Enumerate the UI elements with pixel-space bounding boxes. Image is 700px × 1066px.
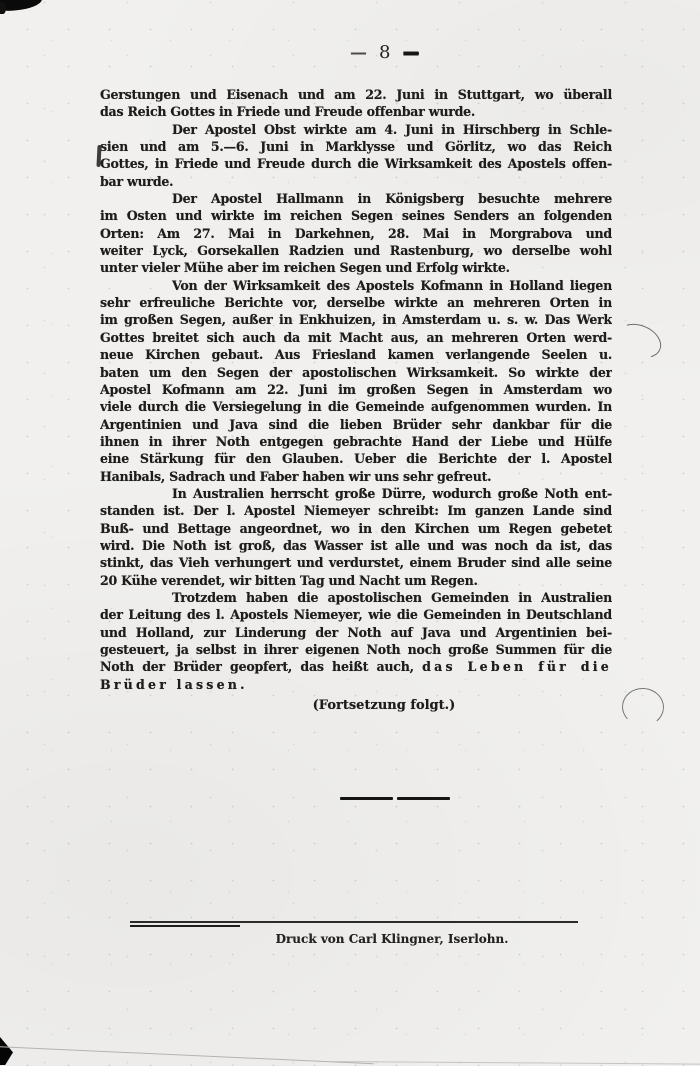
text-line: baten um den Segen der apostolischen Wir… xyxy=(100,364,612,381)
text-line: im Osten und wirkte im reichen Segen sei… xyxy=(100,207,612,224)
text-line: sehr erfreuliche Berichte vor, derselbe … xyxy=(100,294,612,311)
text-line: der Leitung des l. Apostels Niemeyer, wi… xyxy=(100,606,612,623)
text-line: bar wurde. xyxy=(100,173,612,190)
text-line: gesteuert, ja selbst in ihrer eigenen No… xyxy=(100,641,612,658)
scan-bottom-left-blot xyxy=(0,1037,13,1065)
header-dash-right: — xyxy=(402,43,419,63)
scan-corner-blot-stub xyxy=(0,2,6,14)
footer-rule-left-segment xyxy=(130,925,240,927)
page-number: 8 xyxy=(379,42,390,63)
header-dash-left: — xyxy=(350,43,367,63)
text-line: stinkt, das Vieh verhungert und verdurst… xyxy=(100,554,612,571)
text-line: Gottes breitet sich auch da mit Macht au… xyxy=(100,329,612,346)
paper-smudge-arc xyxy=(612,318,667,365)
text-line: wird. Die Noth ist groß, das Wasser ist … xyxy=(100,537,612,554)
text-line: standen ist. Der l. Apostel Niemeyer sch… xyxy=(100,502,612,519)
text-line: Apostel Kofmann am 22. Juni im großen Se… xyxy=(100,381,612,398)
text-line: Der Apostel Hallmann in Königsberg besuc… xyxy=(100,190,612,207)
continuation-note: (Fortsetzung folgt.) xyxy=(128,698,640,713)
scan-corner-blot xyxy=(0,0,43,13)
paper-smudge-ring xyxy=(621,687,666,728)
text-line: eine Stärkung für den Glauben. Ueber die… xyxy=(100,450,612,467)
text-line: neue Kirchen gebaut. Aus Friesland kamen… xyxy=(100,346,612,363)
text-line: Gerstungen und Eisenach und am 22. Juni … xyxy=(100,86,612,103)
text-line: Buß- und Bettage angeordnet, wo in den K… xyxy=(100,520,612,537)
printer-imprint: Druck von Carl Klingner, Iserlohn. xyxy=(168,932,616,946)
page-number-header: — 8 — xyxy=(350,42,419,63)
footer-rule xyxy=(130,921,578,923)
divider-segment xyxy=(340,797,393,800)
bottom-crease-line xyxy=(330,1061,700,1065)
emphasized-text: Brüder lassen. xyxy=(100,677,248,692)
text-line: Trotzdem haben die apostolischen Gemeind… xyxy=(100,589,612,606)
text-line: ihnen in ihrer Noth entgegen gebrachte H… xyxy=(100,433,612,450)
text-line: Von der Wirksamkeit des Apostels Kofmann… xyxy=(100,277,612,294)
text-line: Gottes, in Friede und Freude durch die W… xyxy=(100,155,612,172)
text-line: das Reich Gottes in Friede und Freude of… xyxy=(100,103,612,120)
bottom-crease-line xyxy=(0,1046,374,1064)
text-line: unter vieler Mühe aber im reichen Segen … xyxy=(100,259,612,276)
text-line: Hanibals, Sadrach und Faber haben wir un… xyxy=(100,468,612,485)
text-line: Argentinien und Java sind die lieben Brü… xyxy=(100,416,612,433)
section-divider xyxy=(340,797,450,800)
text-line: Noth der Brüder geopfert, das heißt auch… xyxy=(100,658,612,675)
text-line: im großen Segen, außer in Enkhuizen, in … xyxy=(100,311,612,328)
text-line: Orten: Am 27. Mai in Darkehnen, 28. Mai … xyxy=(100,225,612,242)
text-line: 20 Kühe verendet, wir bitten Tag und Nac… xyxy=(100,572,612,589)
text-line: viele durch die Versiegelung in die Geme… xyxy=(100,398,612,415)
text-line: und Holland, zur Linderung der Noth auf … xyxy=(100,624,612,641)
text-line: In Australien herrscht große Dürre, wodu… xyxy=(100,485,612,502)
text-line: Brüder lassen. xyxy=(100,676,612,693)
text-line: sien und am 5.—6. Juni in Marklysse und … xyxy=(100,138,612,155)
text-line: Der Apostel Obst wirkte am 4. Juni in Hi… xyxy=(100,121,612,138)
text-line: weiter Lyck, Gorsekallen Radzien und Ras… xyxy=(100,242,612,259)
emphasized-text: das Leben für die xyxy=(422,659,612,674)
divider-segment xyxy=(397,797,450,800)
body-text: Gerstungen und Eisenach und am 22. Juni … xyxy=(100,86,612,693)
scanned-page: — 8 — Gerstungen und Eisenach und am 22.… xyxy=(0,0,700,1066)
